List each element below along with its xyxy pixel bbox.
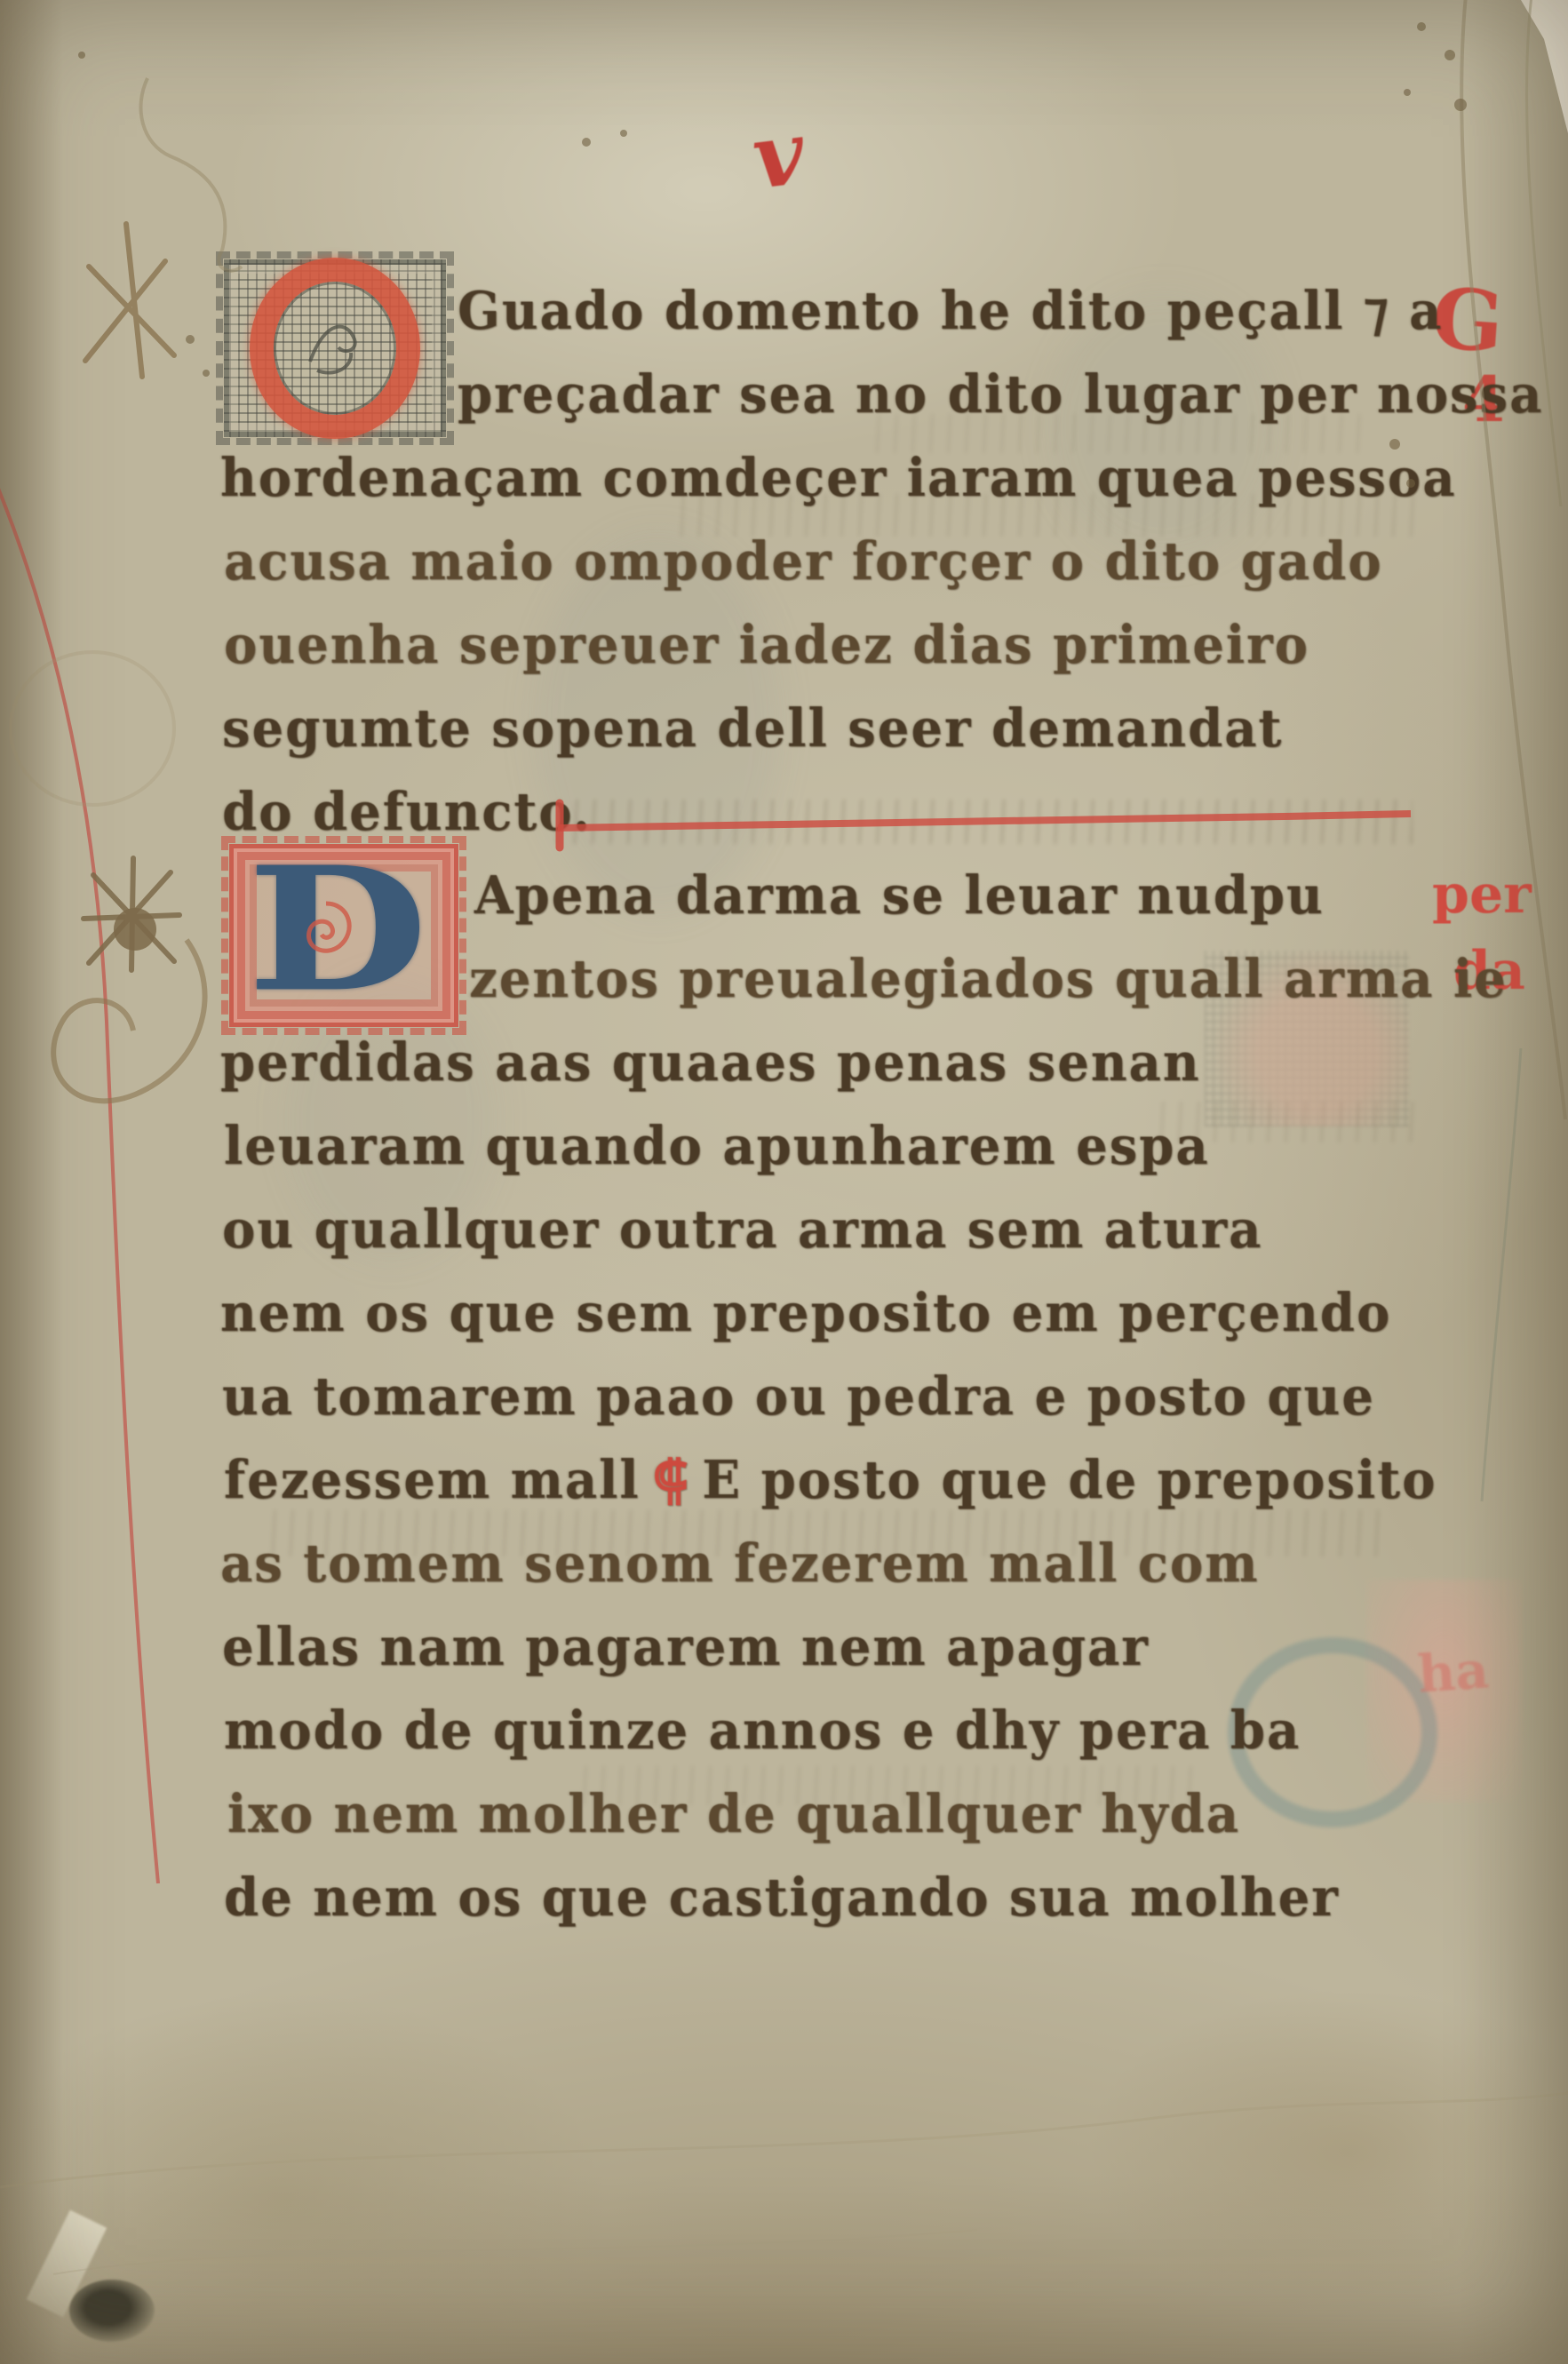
- manuscript-line: acusa maio ompoder forçer o dito gado: [224, 517, 1383, 606]
- red-margin-curve: [0, 480, 158, 1883]
- manuscript-line: hordenaçam comdeçer iaram quea pessoa: [220, 434, 1457, 522]
- manuscript-line: ellas nam pagarem nem apagar: [222, 1603, 1150, 1691]
- decorated-initial-Q-panel: [224, 259, 446, 437]
- line-text: de nem os que castigando sua molher: [224, 1867, 1340, 1929]
- manuscript-line: preçadar sea no dito lugar per nossa: [458, 350, 1543, 439]
- ink-blob: [114, 908, 156, 951]
- line-text: modo de quinze annos e dhy pera ba: [224, 1699, 1301, 1762]
- line-text: ellas nam pagarem nem apagar: [222, 1616, 1150, 1678]
- line-text: acusa maio ompoder forçer o dito gado: [224, 530, 1383, 593]
- manuscript-line: leuaram quando apunharem espa: [224, 1102, 1210, 1190]
- line-text: preçadar sea no dito lugar per nossa: [458, 363, 1543, 426]
- manuscript-line: fezessem mall⸿E posto que de preposito: [224, 1436, 1437, 1524]
- faded-margin-rubric: ha: [1416, 1639, 1491, 1704]
- manuscript-line: ouenha sepreuer iadez dias primeiro: [224, 601, 1309, 689]
- line-text: fezessem mall: [224, 1449, 641, 1511]
- manuscript-line: ua tomarem paao ou pedra e posto que: [222, 1352, 1375, 1441]
- penwork-spiral: [286, 891, 366, 980]
- manuscript-line: as tomem senom fezerem mall com: [220, 1519, 1259, 1608]
- manuscript-line: segumte sopena dell seer demandat: [222, 684, 1283, 773]
- manuscript-page: v G 4 per da ha D Guado domento he dito …: [0, 0, 1568, 2364]
- line-text: leuaram quando apunharem espa: [224, 1115, 1210, 1177]
- line-text: ouenha sepreuer iadez dias primeiro: [224, 614, 1309, 676]
- line-text: ixo nem molher de quallquer hyda: [227, 1783, 1240, 1845]
- manuscript-line: ixo nem molher de quallquer hyda: [227, 1770, 1240, 1859]
- manuscript-line: perdidas aas quaaes penas senan: [220, 1018, 1201, 1107]
- parchment-hole: [69, 2280, 155, 2342]
- parchment-crease: [0, 2093, 1568, 2187]
- ghost-writing-struck: [551, 800, 1413, 844]
- red-paragraph-mark: ⸿: [641, 1449, 703, 1511]
- manuscript-line: ou quallquer outra arma sem atura: [222, 1185, 1262, 1274]
- red-leaf-signature-v: v: [747, 102, 810, 210]
- line-text: do defuncto.: [222, 781, 592, 843]
- line-text: zentos preualegiados quall arma ie: [469, 948, 1508, 1010]
- decorated-initial-D-panel: D: [229, 844, 458, 1027]
- star-doodle: [84, 858, 179, 970]
- line-text: ua tomarem paao ou pedra e posto que: [222, 1365, 1375, 1428]
- line-text: perdidas aas quaaes penas senan: [220, 1031, 1201, 1094]
- manuscript-line: nem os que sem preposito em perçendo: [220, 1269, 1391, 1357]
- manuscript-line: modo de quinze annos e dhy pera ba: [224, 1686, 1301, 1775]
- flourish-doodle: [140, 78, 242, 271]
- manuscript-line: zentos preualegiados quall arma ie: [469, 935, 1508, 1023]
- manuscript-line: Guado domento he dito peçall ⁊ a: [458, 267, 1443, 355]
- line-text: hordenaçam comdeçer iaram quea pessoa: [220, 447, 1457, 509]
- faint-green-line: [1482, 1048, 1521, 1501]
- parchment-crease: [53, 2230, 977, 2274]
- torn-corner-sliver: [1521, 0, 1568, 133]
- line-text: Apena darma se leuar nudpu: [474, 864, 1325, 927]
- line-text: ou quallquer outra arma sem atura: [222, 1198, 1262, 1261]
- line-text: Guado domento he dito peçall ⁊ a: [458, 280, 1443, 342]
- line-text: as tomem senom fezerem mall com: [220, 1532, 1259, 1595]
- x-cross-doodle: [85, 224, 174, 377]
- manuscript-line: do defuncto.: [222, 768, 592, 856]
- manuscript-line: de nem os que castigando sua molher: [224, 1853, 1340, 1942]
- line-text: E posto que de preposito: [702, 1449, 1437, 1511]
- penwork-foliage: [299, 308, 370, 388]
- swirl-doodle: [53, 940, 204, 1101]
- line-text: segumte sopena dell seer demandat: [222, 697, 1283, 760]
- faint-circle-doodle: [11, 652, 174, 805]
- margin-rubric-line1: per: [1432, 864, 1532, 926]
- line-text: nem os que sem preposito em perçendo: [220, 1282, 1391, 1344]
- manuscript-line: Apena darma se leuar nudpu: [474, 851, 1325, 940]
